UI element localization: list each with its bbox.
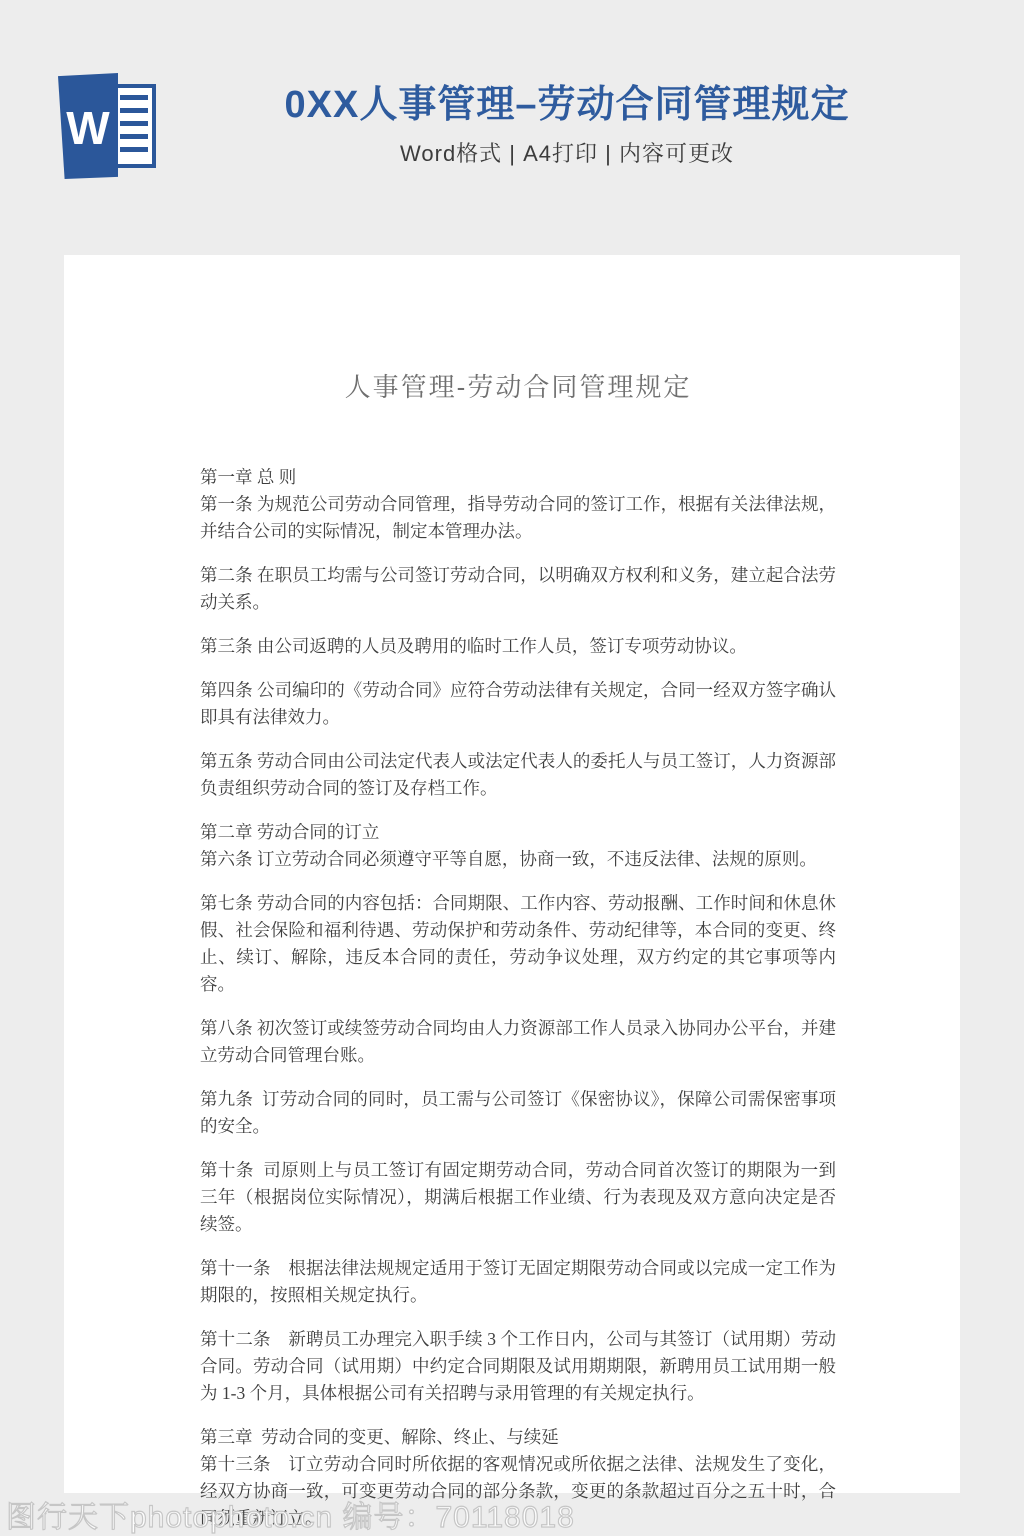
chapter-heading: 第三章 劳动合同的变更、解除、终止、与续延 — [200, 1424, 836, 1451]
word-icon: W — [58, 73, 158, 179]
watermark: 图行天下photophoto.cn 编号：70118018 — [6, 1492, 575, 1536]
article-paragraph: 第十条 司原则上与员工签订有固定期劳动合同，劳动合同首次签订的期限为一到三年（根… — [200, 1157, 836, 1238]
article-paragraph: 第二条 在职员工均需与公司签订劳动合同，以明确双方权利和义务，建立起合法劳动关系… — [200, 562, 836, 616]
article-paragraph: 第八条 初次签订或续签劳动合同均由人力资源部工作人员录入协同办公平台，并建立劳动… — [200, 1015, 836, 1069]
chapter-heading: 第二章 劳动合同的订立 — [200, 819, 836, 846]
header-text-block: 0XX人事管理–劳动合同管理规定 Word格式 | A4打印 | 内容可更改 — [158, 84, 966, 169]
article-paragraph: 第五条 劳动合同由公司法定代表人或法定代表人的委托人与员工签订，人力资源部负责组… — [200, 748, 836, 802]
page-title: 0XX人事管理–劳动合同管理规定 — [168, 84, 966, 128]
page-subtitle: Word格式 | A4打印 | 内容可更改 — [168, 137, 966, 168]
article-paragraph: 第六条 订立劳动合同必须遵守平等自愿，协商一致，不违反法律、法规的原则。 — [200, 846, 836, 873]
word-icon-letter: W — [66, 105, 109, 151]
chapter-heading: 第一章 总 则 — [200, 464, 836, 491]
word-icon-cover: W — [58, 73, 118, 179]
article-paragraph: 第四条 公司编印的《劳动合同》应符合劳动法律有关规定，合同一经双方签字确认即具有… — [200, 677, 836, 731]
word-icon-text-lines — [120, 95, 148, 157]
article-paragraph: 第七条 劳动合同的内容包括：合同期限、工作内容、劳动报酬、工作时间和休息休假、社… — [200, 890, 836, 998]
article-paragraph: 第十一条 根据法律法规规定适用于签订无固定期限劳动合同或以完成一定工作为期限的，… — [200, 1255, 836, 1309]
document-body: 第一章 总 则第一条 为规范公司劳动合同管理，指导劳动合同的签订工作，根据有关法… — [200, 464, 836, 1532]
article-paragraph: 第十二条 新聘员工办理完入职手续 3 个工作日内，公司与其签订（试用期）劳动合同… — [200, 1326, 836, 1407]
article-paragraph: 第三条 由公司返聘的人员及聘用的临时工作人员，签订专项劳动协议。 — [200, 633, 836, 660]
article-paragraph: 第一条 为规范公司劳动合同管理，指导劳动合同的签订工作，根据有关法律法规，并结合… — [200, 491, 836, 545]
article-paragraph: 第九条 订劳动合同的同时，员工需与公司签订《保密协议》，保障公司需保密事项的安全… — [200, 1086, 836, 1140]
header: W 0XX人事管理–劳动合同管理规定 Word格式 | A4打印 | 内容可更改 — [58, 66, 966, 186]
template-preview: W 0XX人事管理–劳动合同管理规定 Word格式 | A4打印 | 内容可更改… — [0, 0, 1024, 1536]
document-page: 人事管理-劳动合同管理规定 第一章 总 则第一条 为规范公司劳动合同管理，指导劳… — [64, 255, 960, 1493]
word-icon-sheet — [112, 84, 156, 168]
document-title: 人事管理-劳动合同管理规定 — [200, 367, 836, 404]
